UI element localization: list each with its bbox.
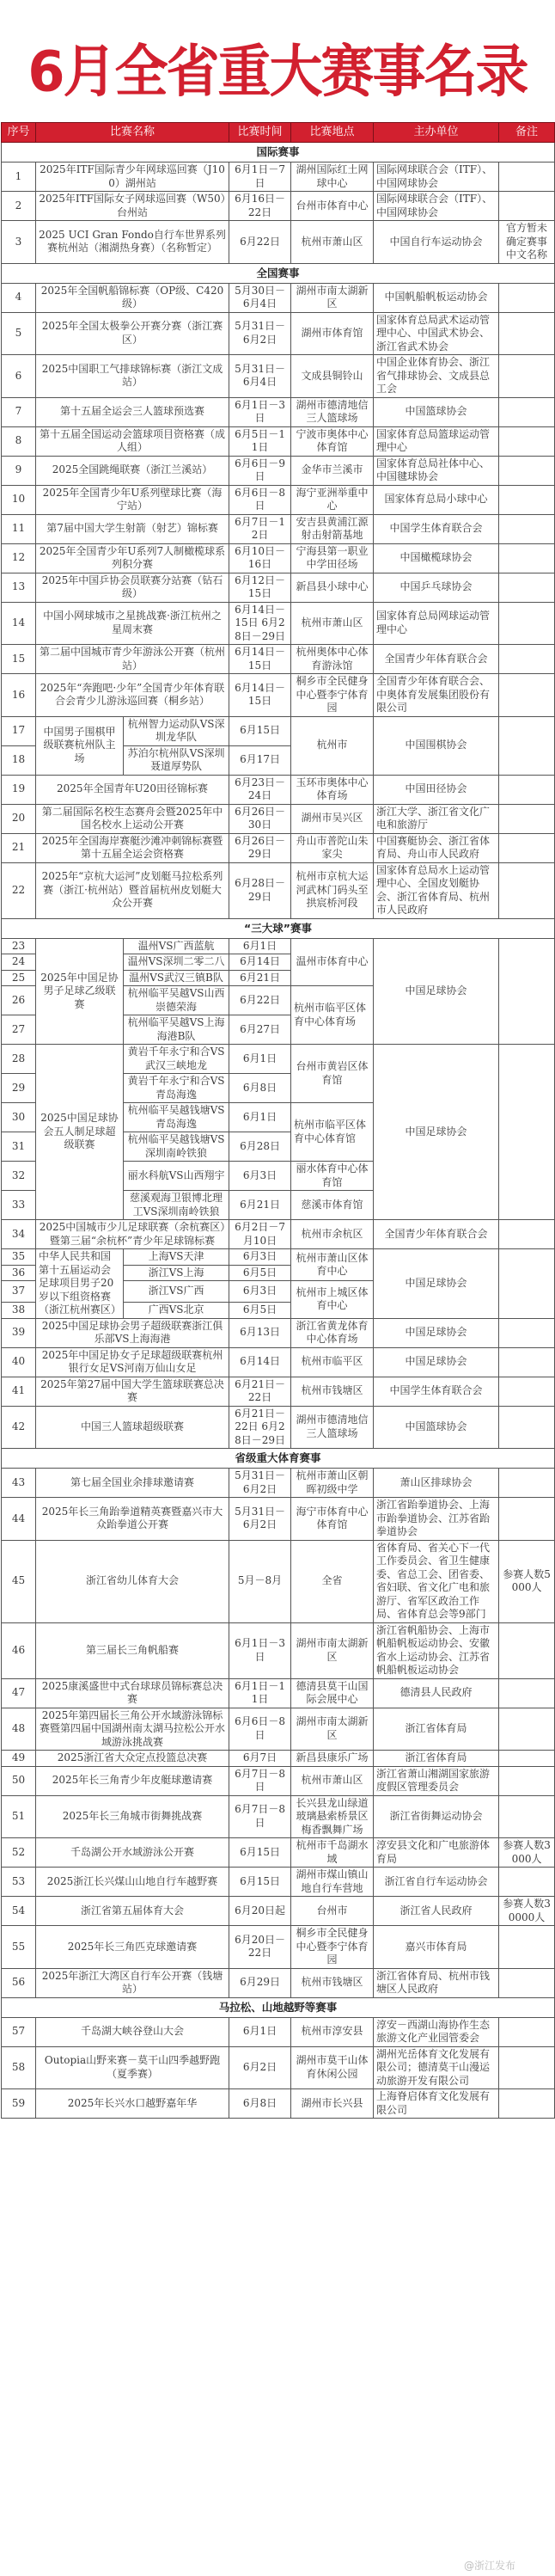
- event-organizer: 浙江省体育局: [374, 1708, 499, 1751]
- event-name: 2025年第四届长三角公开水域游泳锦标赛暨第四届中国湖州南太湖马拉松公开水域游泳…: [36, 1708, 229, 1751]
- event-note: 参赛人数5000人: [499, 1540, 555, 1622]
- row-number: 51: [2, 1795, 36, 1838]
- event-organizer: 中国足球协会: [374, 938, 499, 1045]
- table-row: 42中国三人篮球超级联赛6月21日－22日 6月28日－29日湖州市德清地信三人…: [2, 1406, 555, 1449]
- event-name: 千岛湖大峡谷登山大会: [36, 2017, 229, 2046]
- event-note: [499, 1249, 555, 1319]
- event-name: 2025中国足球协会男子超级联赛浙江俱乐部VS上海海港: [36, 1318, 229, 1347]
- event-place: 湖州市煤山镇山地自行车营地: [291, 1868, 374, 1897]
- event-time: 6月28日: [229, 1132, 291, 1162]
- event-time: 6月7日: [229, 1751, 291, 1767]
- event-organizer: 国家体育总局小球中心: [374, 485, 499, 514]
- row-number: 58: [2, 2046, 36, 2089]
- table-row: 492025浙江省大众定点投篮总决赛6月7日新昌县康乐广场浙江省体育局: [2, 1751, 555, 1767]
- event-name: 千岛湖公开水域游泳公开赛: [36, 1838, 229, 1868]
- event-note: [499, 312, 555, 355]
- event-time: 6月21日: [229, 1191, 291, 1220]
- row-number: 10: [2, 485, 36, 514]
- event-place: 台州市黄岩区体育馆: [291, 1045, 374, 1103]
- event-organizer: 浙江省体育局: [374, 1751, 499, 1767]
- event-time: 6月3日: [229, 1162, 291, 1191]
- match-teams: 温州VS武汉三镇B队: [124, 970, 229, 986]
- event-name: 中华人民共和国第十五届运动会足球项目男子20岁以下组资格赛（浙江杭州赛区）: [36, 1249, 124, 1319]
- event-organizer: 全国青少年体育联合会、中奥体育发展集团股份有限公司: [374, 674, 499, 717]
- event-place: 杭州市: [291, 716, 374, 775]
- match-teams: 杭州临平吴越钱塘VS深圳南岭铁狼: [124, 1132, 229, 1162]
- event-time: 6月14日－15日: [229, 645, 291, 674]
- event-place: 湖州市德清地信三人篮球场: [291, 397, 374, 426]
- row-number: 47: [2, 1678, 36, 1708]
- event-time: 6月8日: [229, 2089, 291, 2119]
- event-time: 6月5日: [229, 1303, 291, 1319]
- row-number: 49: [2, 1751, 36, 1767]
- row-number: 8: [2, 426, 36, 456]
- table-row: 7第十五届全运会三人篮球预选赛6月1日－3日湖州市德清地信三人篮球场中国篮球协会: [2, 397, 555, 426]
- event-organizer: 中国足球协会: [374, 1249, 499, 1319]
- row-number: 44: [2, 1498, 36, 1541]
- event-organizer: 浙江省人民政府: [374, 1897, 499, 1926]
- event-name: 2025年长三角匹克球邀请赛: [36, 1926, 229, 1969]
- event-name: 浙江省幼儿体育大会: [36, 1540, 229, 1622]
- event-organizer: 中国足球协会: [374, 1318, 499, 1347]
- event-place: 杭州市临平区体育中心体育馆: [291, 1103, 374, 1162]
- event-organizer: 国家体育总局网球运动管理中心: [374, 602, 499, 645]
- event-name: 2025年全国青少年U系列壁球比赛（海宁站）: [36, 485, 229, 514]
- event-note: [499, 485, 555, 514]
- event-organizer: 德清县人民政府: [374, 1678, 499, 1708]
- event-place: 杭州市萧山区: [291, 221, 374, 264]
- table-row: 8第十五届全国运动会篮球项目资格赛（成人组）6月5日－11日宁波市奥体中心体育馆…: [2, 426, 555, 456]
- match-teams: 杭州临平吴越VS山西崇德荣海: [124, 986, 229, 1015]
- section-intl: 国际赛事: [2, 143, 555, 163]
- event-place: 杭州市临平区: [291, 1347, 374, 1377]
- event-time: 6月12日－15日: [229, 573, 291, 602]
- event-name: 2025年“奔跑吧·少年”全国青少年体育联合会青少儿游泳巡回赛（桐乡站）: [36, 674, 229, 717]
- event-name: 2025年第27届中国大学生篮球联赛总决赛: [36, 1377, 229, 1406]
- event-note: [499, 426, 555, 456]
- event-organizer: 浙江省体育局、杭州市钱塘区人民政府: [374, 1968, 499, 1997]
- event-note: [499, 1220, 555, 1249]
- match-teams: 浙江VS广西: [124, 1281, 229, 1303]
- row-number: 22: [2, 862, 36, 918]
- event-note: [499, 1868, 555, 1897]
- table-row: 22025年ITF国际女子网球巡回赛（W50）台州站6月16日－22日台州市体育…: [2, 192, 555, 221]
- event-time: 6月1日: [229, 1045, 291, 1074]
- event-time: 6月7日－12日: [229, 514, 291, 543]
- table-row: 54浙江省第五届体育大会6月20日起台州市浙江省人民政府参赛人数30000人: [2, 1897, 555, 1926]
- col-header-note: 备注: [499, 123, 555, 143]
- event-time: 6月6日－9日: [229, 456, 291, 485]
- event-note: [499, 1622, 555, 1678]
- row-number: 9: [2, 456, 36, 485]
- event-organizer: 中国帆船帆板运动协会: [374, 283, 499, 312]
- event-place: 湖州市德清地信三人篮球场: [291, 1406, 374, 1449]
- event-organizer: 国家体育总局篮球运动管理中心: [374, 426, 499, 456]
- table-row: 20第二届国际名校生态赛舟会暨2025年中国名校水上运动公开赛6月26日－30日…: [2, 804, 555, 833]
- match-teams: 丽水科航VS山西翔宇: [124, 1162, 229, 1191]
- row-number: 18: [2, 745, 36, 775]
- event-place: 杭州市京杭大运河武林门码头至拱宸桥河段: [291, 862, 374, 918]
- table-row: 562025年浙江大湾区自行车公开赛（钱塘站）6月29日杭州市钱塘区浙江省体育局…: [2, 1968, 555, 1997]
- event-place: 杭州市余杭区: [291, 1220, 374, 1249]
- row-number: 37: [2, 1281, 36, 1303]
- event-time: 6月20日起: [229, 1897, 291, 1926]
- event-time: 6月17日: [229, 745, 291, 775]
- event-time: 6月1日: [229, 2017, 291, 2046]
- table-row: 52025年全国太极拳公开赛分赛（浙江赛区）5月31日－6月2日湖州市体育馆国家…: [2, 312, 555, 355]
- row-number: 15: [2, 645, 36, 674]
- event-organizer: 国家体育总局武术运动管理中心、中国武术协会、浙江省武术协会: [374, 312, 499, 355]
- title-banner: 6月全省重大赛事名录: [0, 0, 555, 122]
- event-time: 6月1日－7日: [229, 163, 291, 192]
- event-name: 中国小网球城市之星挑战赛·浙江杭州之星周末赛: [36, 602, 229, 645]
- event-place: 桐乡市全民健身中心暨李宁体育园: [291, 1926, 374, 1969]
- event-place: 桐乡市全民健身中心暨李宁体育园: [291, 674, 374, 717]
- event-place: 慈溪市体育馆: [291, 1191, 374, 1220]
- row-number: 2: [2, 192, 36, 221]
- event-organizer: 浙江省萧山湘湖国家旅游度假区管理委员会: [374, 1766, 499, 1795]
- event-organizer: 湖州光岳体育文化发展有限公司；德清莫干山漫运动旅游开发有限公司: [374, 2046, 499, 2089]
- section-three_balls: “三大球”赛事: [2, 918, 555, 938]
- event-place: 浙江省黄龙体育中心体育场: [291, 1318, 374, 1347]
- event-note: [499, 674, 555, 717]
- table-row: 412025年第27届中国大学生篮球联赛总决赛6月21日－22日杭州市钱塘区中国…: [2, 1377, 555, 1406]
- event-time: 6月8日: [229, 1074, 291, 1103]
- row-number: 24: [2, 954, 36, 971]
- event-time: 5月31日－6月2日: [229, 312, 291, 355]
- event-name: 2025年长兴水口越野嘉年华: [36, 2089, 229, 2119]
- table-row: 402025年中国足协女子足球超级联赛杭州银行女足VS河南万仙山女足6月14日杭…: [2, 1347, 555, 1377]
- event-note: [499, 283, 555, 312]
- table-row: 45浙江省幼儿体育大会5月－8月全省省体育局、省关心下一代工作委员会、省卫生健康…: [2, 1540, 555, 1622]
- event-organizer: 省体育局、省关心下一代工作委员会、省卫生健康委、省总工会、团省委、省妇联、省文化…: [374, 1540, 499, 1622]
- row-number: 17: [2, 716, 36, 745]
- event-organizer: 萧山区排球协会: [374, 1469, 499, 1498]
- event-name: 第十五届全运会三人篮球预选赛: [36, 397, 229, 426]
- event-place: 杭州市钱塘区: [291, 1377, 374, 1406]
- row-number: 36: [2, 1265, 36, 1281]
- row-number: 45: [2, 1540, 36, 1622]
- event-note: [499, 1926, 555, 1969]
- event-time: 6月14日－15日 6月28日－29日: [229, 602, 291, 645]
- event-time: 5月31日－6月4日: [229, 355, 291, 398]
- event-name: 第三届长三角帆船赛: [36, 1622, 229, 1678]
- row-number: 55: [2, 1926, 36, 1969]
- row-number: 12: [2, 543, 36, 573]
- table-row: 102025年全国青少年U系列壁球比赛（海宁站）6月6日－8日海宁亚洲举重中心国…: [2, 485, 555, 514]
- event-name: 2025年“京杭大运河”皮划艇马拉松系列赛（浙江·杭州站）暨首届杭州皮划艇大众公…: [36, 862, 229, 918]
- event-place: 海宁亚洲举重中心: [291, 485, 374, 514]
- event-time: 6月5日: [229, 1265, 291, 1281]
- event-organizer: 浙江省街舞运动协会: [374, 1795, 499, 1838]
- table-row: 512025年长三角城市街舞挑战赛6月7日－8日长兴县龙山绿道玻璃悬索桥景区梅香…: [2, 1795, 555, 1838]
- table-row: 162025年“奔跑吧·少年”全国青少年体育联合会青少儿游泳巡回赛（桐乡站）6月…: [2, 674, 555, 717]
- event-place: 湖州国际红土网球中心: [291, 163, 374, 192]
- table-row: 342025中国城市少儿足球联赛（余杭赛区）暨第三届“余杭杯”青少年足球锦标赛6…: [2, 1220, 555, 1249]
- event-name: 2025年中国足协女子足球超级联赛杭州银行女足VS河南万仙山女足: [36, 1347, 229, 1377]
- event-place: 湖州市吴兴区: [291, 804, 374, 833]
- event-organizer: 中国自行车运动协会: [374, 221, 499, 264]
- event-organizer: 中国橄榄球协会: [374, 543, 499, 573]
- event-organizer: 淳安－西湖山海协作生态旅游文化产业园管委会: [374, 2017, 499, 2046]
- event-time: 6月6日－8日: [229, 485, 291, 514]
- row-number: 32: [2, 1162, 36, 1191]
- event-name: 2025 UCI Gran Fondo自行车世界系列赛杭州站（湘湖热身赛）（名称…: [36, 221, 229, 264]
- event-place: 湖州市莫干山体育休闲公园: [291, 2046, 374, 2089]
- row-number: 29: [2, 1074, 36, 1103]
- event-organizer: 中国足球协会: [374, 1347, 499, 1377]
- event-name: 2025年全国帆船锦标赛（OP级、C420级）: [36, 283, 229, 312]
- event-organizer: 国家体育总局社体中心、中国毽球协会: [374, 456, 499, 485]
- event-place: 台州市: [291, 1897, 374, 1926]
- row-number: 57: [2, 2017, 36, 2046]
- event-note: [499, 456, 555, 485]
- event-organizer: 国际网球联合会（ITF）、中国网球协会: [374, 163, 499, 192]
- section-provincial: 省级重大体育赛事: [2, 1449, 555, 1469]
- event-place: 杭州市临平区体育中心体育场: [291, 986, 374, 1045]
- event-name: 2025年浙江大湾区自行车公开赛（钱塘站）: [36, 1968, 229, 1997]
- row-number: 11: [2, 514, 36, 543]
- event-organizer: 中国学生体育联合会: [374, 514, 499, 543]
- event-time: 6月3日: [229, 1281, 291, 1303]
- section-national: 全国赛事: [2, 263, 555, 283]
- col-header-place: 比赛地点: [291, 123, 374, 143]
- event-organizer: 嘉兴市体育局: [374, 1926, 499, 1969]
- event-time: 6月7日－8日: [229, 1795, 291, 1838]
- event-time: 6月6日－8日: [229, 1708, 291, 1751]
- event-place: 湖州市体育馆: [291, 312, 374, 355]
- event-name: 2025年ITF国际青少年网球巡回赛（J100）湖州站: [36, 163, 229, 192]
- event-name: 2025年ITF国际女子网球巡回赛（W50）台州站: [36, 192, 229, 221]
- event-time: 6月1日－11日: [229, 1678, 291, 1708]
- event-place: 杭州市萧山区: [291, 1766, 374, 1795]
- events-table: 序号 比赛名称 比赛时间 比赛地点 主办单位 备注 国际赛事 12025年ITF…: [1, 122, 555, 2119]
- event-note: [499, 1795, 555, 1838]
- match-teams: 浙江VS上海: [124, 1265, 229, 1281]
- table-row: 552025年长三角匹克球邀请赛6月20日－22日桐乡市全民健身中心暨李宁体育园…: [2, 1926, 555, 1969]
- event-name: 2025浙江长兴煤山山地自行车越野赛: [36, 1868, 229, 1897]
- event-note: [499, 1678, 555, 1708]
- table-row: 232025年中国足协男子足球乙级联赛温州VS广西蓝航6月1日温州市体育中心中国…: [2, 938, 555, 954]
- event-time: 6月28日－29日: [229, 862, 291, 918]
- event-organizer: 国际网球联合会（ITF）、中国网球协会: [374, 192, 499, 221]
- match-teams: 黄岩千年永宁和合VS武汉三峡地龙: [124, 1045, 229, 1074]
- event-organizer: 淳安县文化和广电旅游体育局: [374, 1838, 499, 1868]
- event-name: 2025年全国青年U20田径锦标赛: [36, 775, 229, 804]
- col-header-org: 主办单位: [374, 123, 499, 143]
- event-note: [499, 355, 555, 398]
- event-time: 6月26日－29日: [229, 833, 291, 862]
- event-note: [499, 2046, 555, 2089]
- event-name: 第十五届全国运动会篮球项目资格赛（成人组）: [36, 426, 229, 456]
- row-number: 6: [2, 355, 36, 398]
- section-marathon: 马拉松、山地越野等赛事: [2, 1997, 555, 2017]
- row-number: 3: [2, 221, 36, 264]
- row-number: 43: [2, 1469, 36, 1498]
- row-number: 48: [2, 1708, 36, 1751]
- event-organizer: 上海脊启体育文化发展有限公司: [374, 2089, 499, 2119]
- event-time: 6月13日: [229, 1318, 291, 1347]
- event-note: [499, 1377, 555, 1406]
- row-number: 14: [2, 602, 36, 645]
- event-place: 湖州市南太湖新区: [291, 283, 374, 312]
- event-note: [499, 1498, 555, 1541]
- table-row: 15第二届中国城市青少年游泳公开赛（杭州站）6月14日－15日杭州奥体中心体育游…: [2, 645, 555, 674]
- event-name: 2025中国城市少儿足球联赛（余杭赛区）暨第三届“余杭杯”青少年足球锦标赛: [36, 1220, 229, 1249]
- event-note: 官方暂未确定赛事中文名称: [499, 221, 555, 264]
- event-place: 新昌县小球中心: [291, 573, 374, 602]
- event-place: 湖州市长兴县: [291, 2089, 374, 2119]
- row-number: 5: [2, 312, 36, 355]
- event-place: 新昌县康乐广场: [291, 1751, 374, 1767]
- table-row: 502025年长三角青少年皮艇球邀请赛6月7日－8日杭州市萧山区浙江省萧山湘湖国…: [2, 1766, 555, 1795]
- event-name: 中国男子围棋甲级联赛杭州队主场: [36, 716, 124, 775]
- event-note: [499, 1347, 555, 1377]
- row-number: 34: [2, 1220, 36, 1249]
- event-name: 第七届全国业余排球邀请赛: [36, 1469, 229, 1498]
- event-organizer: 全国青少年体育联合会: [374, 1220, 499, 1249]
- row-number: 1: [2, 163, 36, 192]
- event-note: [499, 775, 555, 804]
- row-number: 42: [2, 1406, 36, 1449]
- row-number: 7: [2, 397, 36, 426]
- event-time: 6月23日－24日: [229, 775, 291, 804]
- event-note: [499, 833, 555, 862]
- row-number: 16: [2, 674, 36, 717]
- table-row: 14中国小网球城市之星挑战赛·浙江杭州之星周末赛6月14日－15日 6月28日－…: [2, 602, 555, 645]
- event-note: [499, 163, 555, 192]
- match-teams: 杭州智力运动队VS深圳龙华队: [124, 716, 229, 745]
- event-time: 6月1日: [229, 938, 291, 954]
- match-teams: 杭州临平吴越VS上海海港B队: [124, 1015, 229, 1045]
- event-organizer: 中国赛艇协会、浙江省体育局、舟山市人民政府: [374, 833, 499, 862]
- event-organizer: 浙江省自行车运动协会: [374, 1868, 499, 1897]
- row-number: 41: [2, 1377, 36, 1406]
- event-organizer: 浙江大学、浙江省文化广电和旅游厅: [374, 804, 499, 833]
- row-number: 39: [2, 1318, 36, 1347]
- event-name: 2025年全国太极拳公开赛分赛（浙江赛区）: [36, 312, 229, 355]
- table-header: 序号 比赛名称 比赛时间 比赛地点 主办单位 备注: [2, 123, 555, 143]
- table-row: 42025年全国帆船锦标赛（OP级、C420级）5月30日－6月4日湖州市南太湖…: [2, 283, 555, 312]
- table-row: 282025中国足球协会五人制足球超级联赛黄岩千年永宁和合VS武汉三峡地龙6月1…: [2, 1045, 555, 1074]
- row-number: 23: [2, 938, 36, 954]
- row-number: 50: [2, 1766, 36, 1795]
- table-row: 132025年中国乒协会员联赛分站赛（钻石级）6月12日－15日新昌县小球中心中…: [2, 573, 555, 602]
- event-note: [499, 645, 555, 674]
- table-row: 46第三届长三角帆船赛6月1日－3日湖州市南太湖新区浙江省帆船协会、上海市帆船帆…: [2, 1622, 555, 1678]
- event-place: 丽水体育中心体育馆: [291, 1162, 374, 1191]
- event-note: 参赛人数30000人: [499, 1897, 555, 1926]
- col-header-name: 比赛名称: [36, 123, 229, 143]
- event-name: 2025中国职工气排球锦标赛（浙江文成站）: [36, 355, 229, 398]
- event-organizer: 浙江省帆船协会、上海市帆船帆板运动协会、安徽省水上运动协会、江苏省帆船帆板运动协…: [374, 1622, 499, 1678]
- col-header-no: 序号: [2, 123, 36, 143]
- event-place: 杭州市钱塘区: [291, 1968, 374, 1997]
- table-row: 58Outopia山野来赛－莫干山四季越野跑（夏季赛）6月2日湖州市莫干山体育休…: [2, 2046, 555, 2089]
- event-place: 宁海县第一职业中学田径场: [291, 543, 374, 573]
- match-teams: 黄岩千年永宁和合VS青岛海逸: [124, 1074, 229, 1103]
- event-note: [499, 1045, 555, 1220]
- event-note: [499, 716, 555, 775]
- event-place: 台州市体育中心: [291, 192, 374, 221]
- event-place: 宁波市奥体中心体育馆: [291, 426, 374, 456]
- event-note: [499, 192, 555, 221]
- event-note: [499, 2089, 555, 2119]
- event-organizer: 浙江省跆拳道协会、上海市跆拳道协会、江苏省跆拳道协会: [374, 1498, 499, 1541]
- event-time: 5月30日－6月4日: [229, 283, 291, 312]
- table-row: 192025年全国青年U20田径锦标赛6月23日－24日玉环市奥体中心体育场中国…: [2, 775, 555, 804]
- event-place: 湖州市南太湖新区: [291, 1708, 374, 1751]
- event-name: 第二届中国城市青少年游泳公开赛（杭州站）: [36, 645, 229, 674]
- event-time: 5月31日－6月2日: [229, 1498, 291, 1541]
- event-note: [499, 397, 555, 426]
- event-name: Outopia山野来赛－莫干山四季越野跑（夏季赛）: [36, 2046, 229, 2089]
- event-place: 杭州市萧山区体育中心: [291, 1249, 374, 1281]
- table-row: 62025中国职工气排球锦标赛（浙江文成站）5月31日－6月4日文成县铜铃山中国…: [2, 355, 555, 398]
- event-name: 2025年长三角跆拳道精英赛暨嘉兴市大众跆拳道公开赛: [36, 1498, 229, 1541]
- event-place: 杭州市萧山区: [291, 602, 374, 645]
- event-time: 6月1日－3日: [229, 1622, 291, 1678]
- event-place: 温州市体育中心: [291, 938, 374, 986]
- event-time: 6月22日: [229, 221, 291, 264]
- event-time: 6月14日: [229, 954, 291, 971]
- event-name: 2025浙江省大众定点投篮总决赛: [36, 1751, 229, 1767]
- table-row: 472025康溪盛世中式台球球员锦标赛总决赛6月1日－11日德清县莫干山国际会展…: [2, 1678, 555, 1708]
- page-title: 6月全省重大赛事名录: [27, 26, 527, 106]
- table-row: 122025年全国青少年U系列7人制橄榄球系列积分赛6月10日－16日宁海县第一…: [2, 543, 555, 573]
- event-note: [499, 602, 555, 645]
- event-time: 6月15日: [229, 1868, 291, 1897]
- event-time: 6月16日－22日: [229, 192, 291, 221]
- event-organizer: 中国足球协会: [374, 1045, 499, 1220]
- event-organizer: 中国企业体育协会、浙江省气排球协会、文成县总工会: [374, 355, 499, 398]
- event-place: 舟山市普陀山朱家尖: [291, 833, 374, 862]
- match-teams: 上海VS天津: [124, 1249, 229, 1266]
- event-name: 2025年中国乒协会员联赛分站赛（钻石级）: [36, 573, 229, 602]
- event-place: 杭州市萧山区朝晖初级中学: [291, 1469, 374, 1498]
- row-number: 27: [2, 1015, 36, 1045]
- event-time: 6月14日－15日: [229, 674, 291, 717]
- event-note: [499, 938, 555, 1045]
- row-number: 46: [2, 1622, 36, 1678]
- event-name: 2025年全国海岸赛艇沙滩冲刺锦标赛暨第十五届全运会资格赛: [36, 833, 229, 862]
- event-time: 6月21日－22日 6月28日－29日: [229, 1406, 291, 1449]
- event-name: 浙江省第五届体育大会: [36, 1897, 229, 1926]
- event-organizer: 中国学生体育联合会: [374, 1377, 499, 1406]
- match-teams: 温州VS广西蓝航: [124, 938, 229, 954]
- table-row: 12025年ITF国际青少年网球巡回赛（J100）湖州站6月1日－7日湖州国际红…: [2, 163, 555, 192]
- table-row: 442025年长三角跆拳道精英赛暨嘉兴市大众跆拳道公开赛5月31日－6月2日海宁…: [2, 1498, 555, 1541]
- event-note: 参赛人数3000人: [499, 1838, 555, 1868]
- event-time: 6月26日－30日: [229, 804, 291, 833]
- event-name: 2025中国足球协会五人制足球超级联赛: [36, 1045, 124, 1220]
- table-row: 57千岛湖大峡谷登山大会6月1日杭州市淳安县淳安－西湖山海协作生态旅游文化产业园…: [2, 2017, 555, 2046]
- event-name: 第7届中国大学生射箭（射艺）锦标赛: [36, 514, 229, 543]
- event-name: 2025年全国青少年U系列7人制橄榄球系列积分赛: [36, 543, 229, 573]
- table-row: 43第七届全国业余排球邀请赛5月31日－6月2日杭州市萧山区朝晖初级中学萧山区排…: [2, 1469, 555, 1498]
- event-time: 6月20日－22日: [229, 1926, 291, 1969]
- event-place: 杭州奥体中心体育游泳馆: [291, 645, 374, 674]
- event-time: 6月21日－22日: [229, 1377, 291, 1406]
- row-number: 26: [2, 986, 36, 1015]
- event-place: 杭州市上城区体育中心: [291, 1281, 374, 1319]
- table-row: 11第7届中国大学生射箭（射艺）锦标赛6月7日－12日安吉县黄浦江源射击射箭基地…: [2, 514, 555, 543]
- event-time: 6月10日－16日: [229, 543, 291, 573]
- event-note: [499, 514, 555, 543]
- row-number: 52: [2, 1838, 36, 1868]
- event-organizer: 中国篮球协会: [374, 397, 499, 426]
- event-time: 6月1日－3日: [229, 397, 291, 426]
